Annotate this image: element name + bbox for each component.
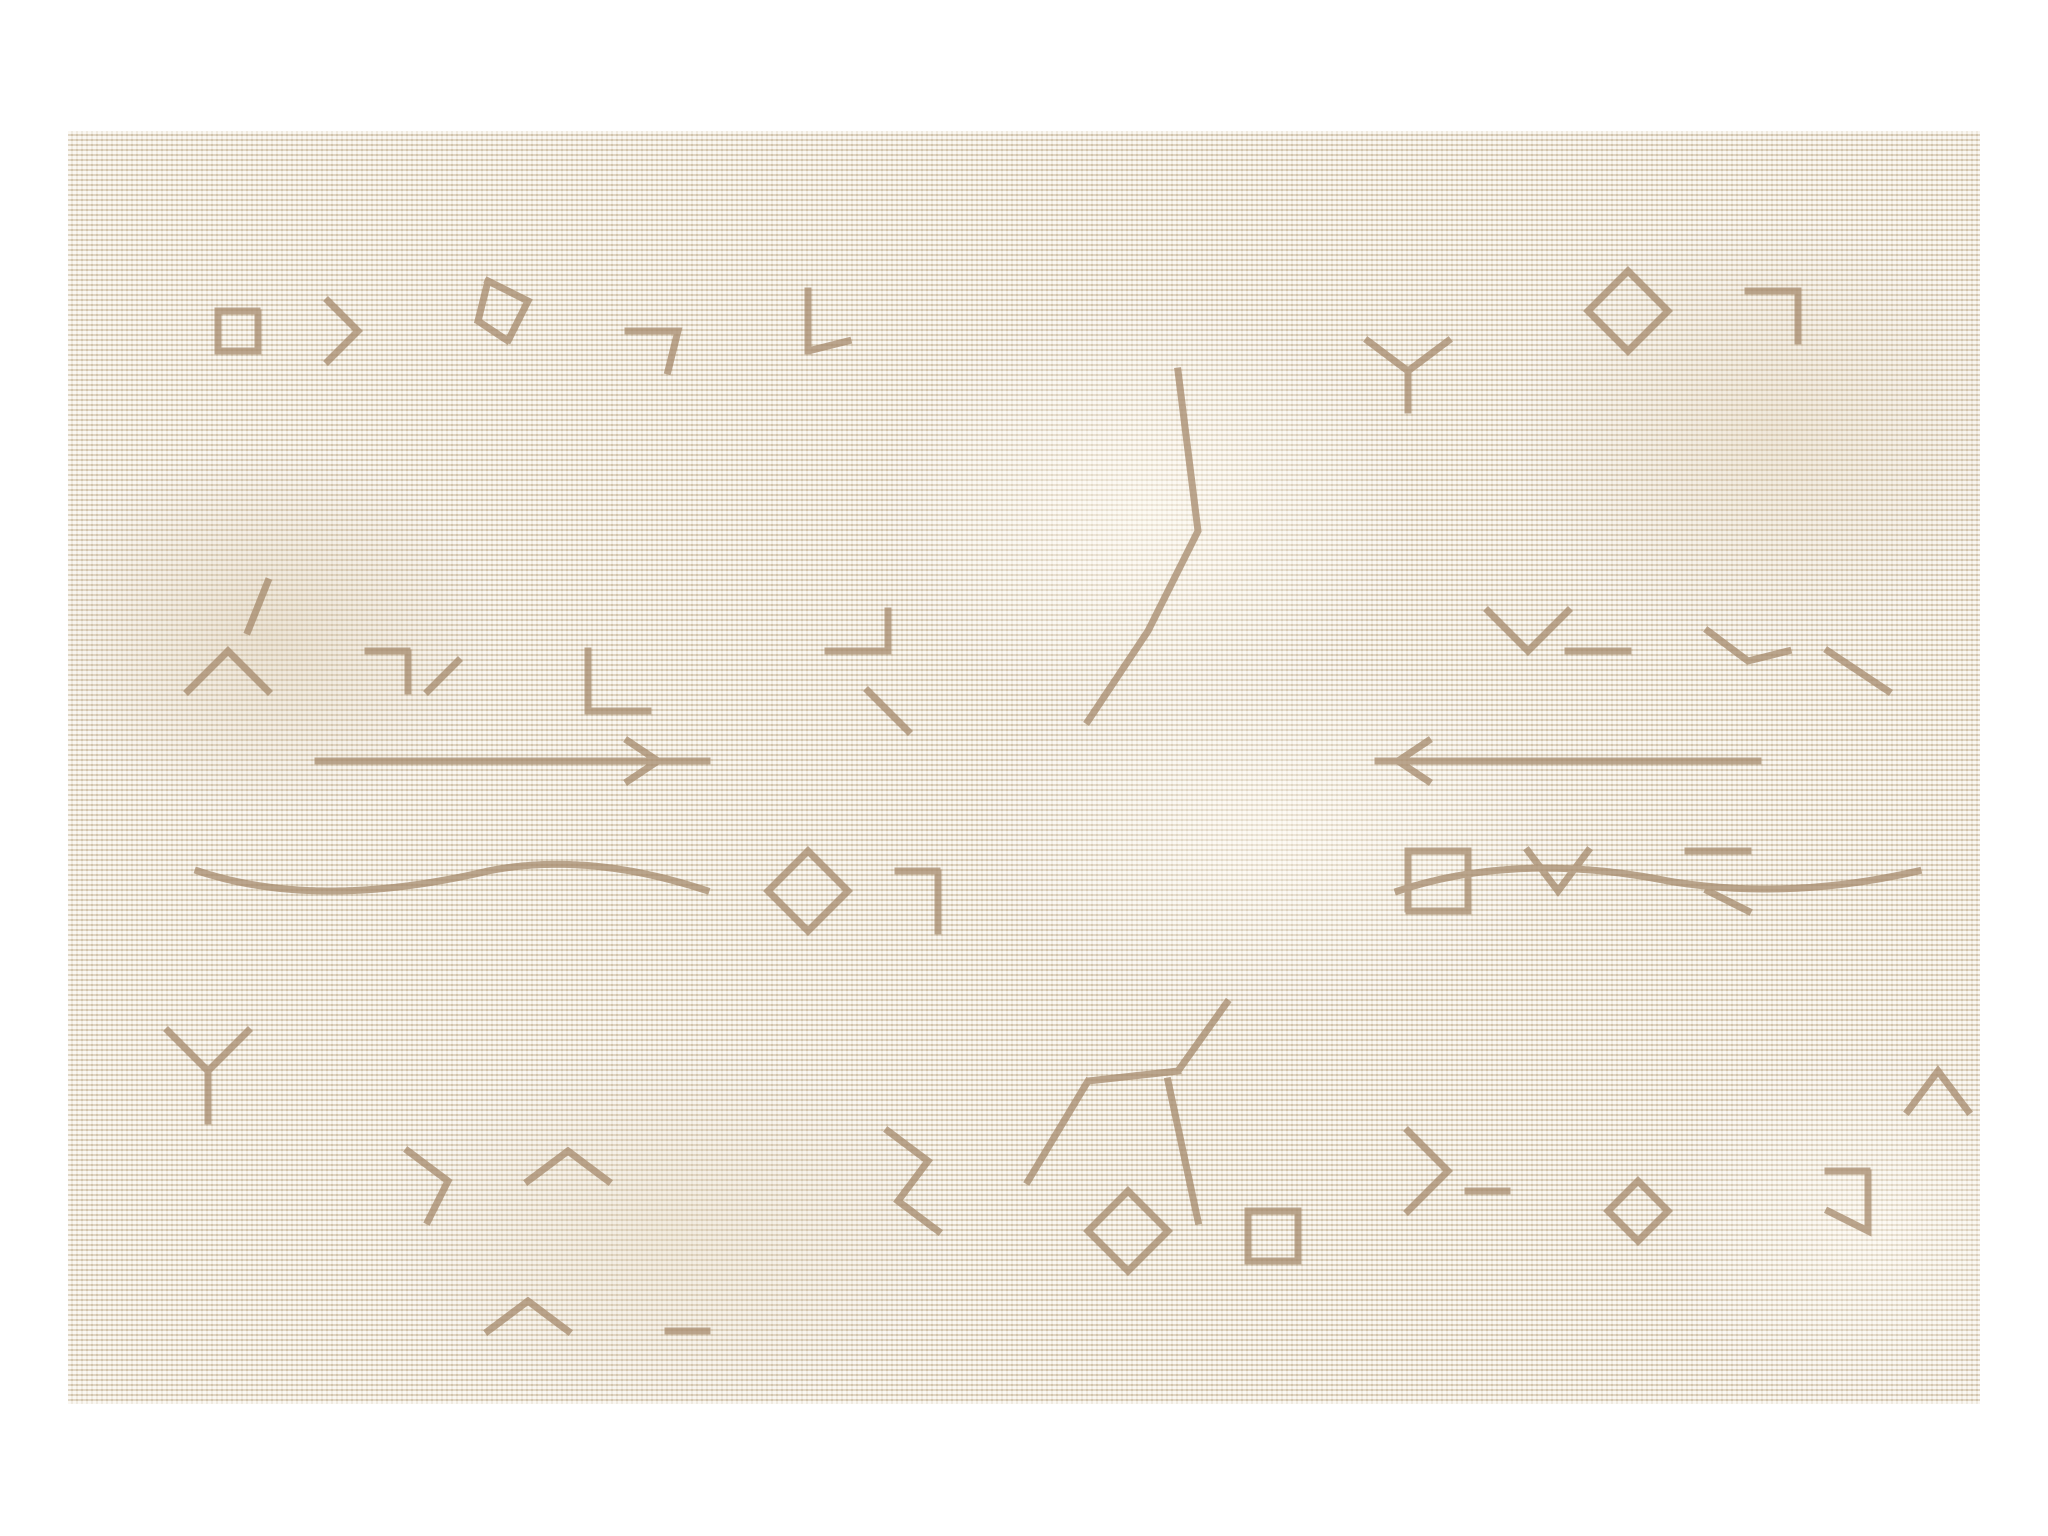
rug-photo [68,131,1980,1404]
rug-motifs [68,131,1980,1404]
